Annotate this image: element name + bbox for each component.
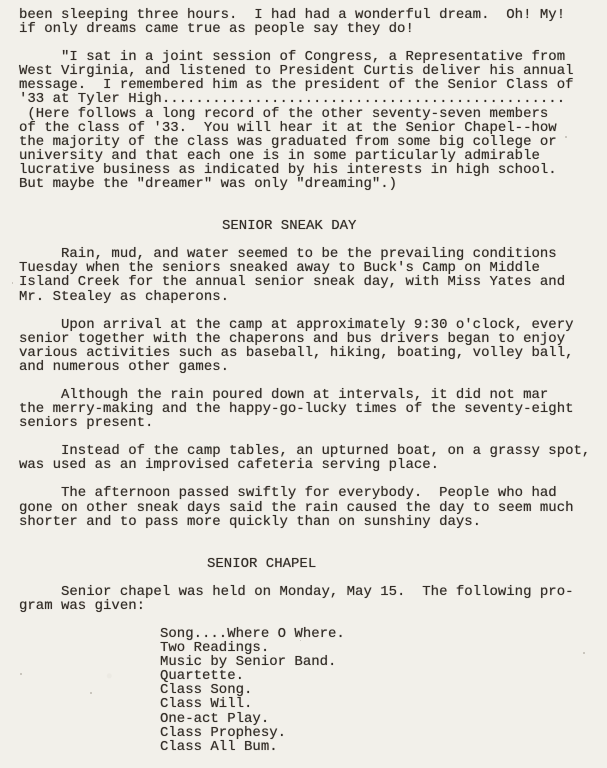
text-line: Senior chapel was held on Monday, May 15…: [19, 585, 597, 599]
text-line: gone on other sneak days said the rain c…: [19, 501, 597, 515]
text-line: of the class of '33. You will hear it at…: [19, 121, 597, 135]
paragraph-opening: been sleeping three hours. I had had a w…: [19, 8, 597, 36]
program-item-line: One-act Play.: [160, 712, 597, 726]
text-line: Mr. Stealey as chaperons.: [19, 290, 597, 304]
text-line: lucrative business as indicated by his i…: [19, 163, 597, 177]
text-line: seniors present.: [19, 416, 597, 430]
paper-speck: [90, 692, 92, 694]
text-line: (Here follows a long record of the other…: [19, 107, 597, 121]
program-item-line: Class All Bum.: [160, 740, 597, 754]
program-item-line: Class Prophesy.: [160, 726, 597, 740]
paragraph-chapel: Senior chapel was held on Monday, May 15…: [19, 585, 597, 613]
text-line: '33 at Tyler High.......................…: [19, 92, 597, 106]
document-page: been sleeping three hours. I had had a w…: [0, 0, 607, 768]
text-line: gram was given:: [19, 599, 597, 613]
paragraph-sneak-4: Instead of the camp tables, an upturned …: [19, 444, 597, 472]
paragraph-dream: "I sat in a joint session of Congress, a…: [19, 50, 597, 191]
text-line: Upon arrival at the camp at approximatel…: [19, 318, 597, 332]
paragraph-sneak-5: The afternoon passed swiftly for everybo…: [19, 486, 597, 528]
section-heading-chapel: SENIOR CHAPEL: [207, 557, 597, 571]
text-line: university and that each one is in some …: [19, 149, 597, 163]
text-line: senior together with the chaperons and b…: [19, 332, 597, 346]
text-line: Island Creek for the annual senior sneak…: [19, 275, 597, 289]
paper-speck: [20, 673, 22, 675]
text-line: Although the rain poured down at interva…: [19, 388, 597, 402]
text-line: was used as an improvised cafeteria serv…: [19, 458, 597, 472]
chapel-program-list: Song....Where O Where.Two Readings.Music…: [160, 627, 597, 754]
program-item-line: Song....Where O Where.: [160, 627, 597, 641]
text-line: But maybe the "dreamer" was only "dreami…: [19, 177, 597, 191]
paper-speck: [583, 652, 585, 654]
paper-speck: [12, 282, 13, 284]
program-item-line: Class Will.: [160, 697, 597, 711]
text-line: if only dreams came true as people say t…: [19, 22, 597, 36]
program-item-line: Music by Senior Band.: [160, 655, 597, 669]
text-line: the majority of the class was graduated …: [19, 135, 597, 149]
section-heading-sneak-day: SENIOR SNEAK DAY: [222, 219, 597, 233]
text-line: shorter and to pass more quickly than on…: [19, 515, 597, 529]
paper-speck: [565, 136, 567, 138]
text-line: various activities such as baseball, hik…: [19, 346, 597, 360]
text-line: and numerous other games.: [19, 360, 597, 374]
paragraph-sneak-1: Rain, mud, and water seemed to be the pr…: [19, 247, 597, 303]
paragraph-sneak-2: Upon arrival at the camp at approximatel…: [19, 318, 597, 374]
paragraph-sneak-3: Although the rain poured down at interva…: [19, 388, 597, 430]
paper-speck: [300, 640, 301, 641]
text-line: been sleeping three hours. I had had a w…: [19, 8, 597, 22]
text-line: The afternoon passed swiftly for everybo…: [19, 486, 597, 500]
